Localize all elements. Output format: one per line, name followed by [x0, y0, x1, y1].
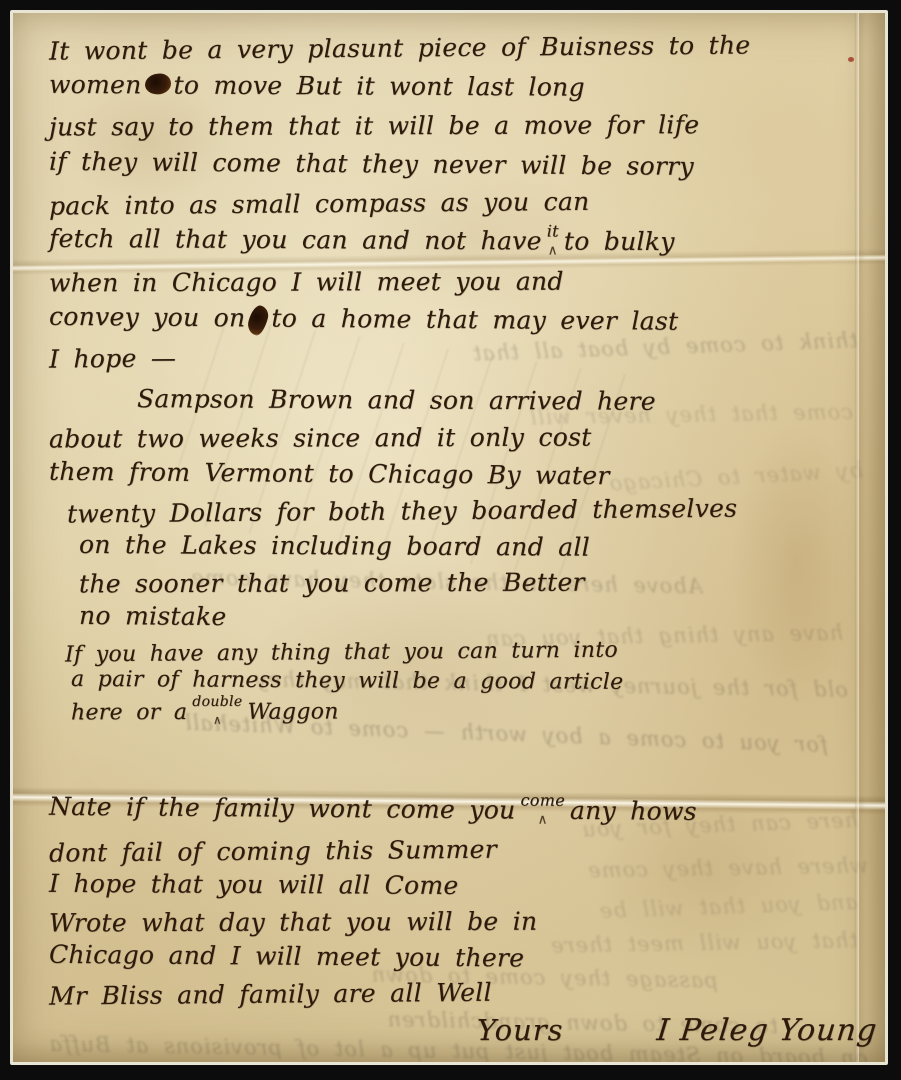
letter-line: when in Chicago I will meet you and [49, 264, 867, 300]
text-run: pack into as small compass as you can [49, 187, 590, 221]
letter-line: here or adoubleWaggon [71, 695, 867, 730]
inserted-word: double [187, 686, 247, 716]
letter-line: I hope — [49, 335, 867, 375]
letter-line: Mr Bliss and family are all Well [49, 972, 867, 1012]
letter-line: pack into as small compass as you can [49, 182, 867, 222]
text-run: to move But it wont last long [173, 71, 584, 102]
letter-line: I hope that you will all Come [49, 866, 867, 903]
text-run: a pair of harness they will be a good ar… [71, 666, 624, 694]
text-run: on the Lakes including board and all [79, 529, 590, 561]
text-run: Wrote what day that you will be in [49, 906, 537, 937]
text-run: any hows [570, 795, 697, 825]
text-run: I hope — [49, 343, 176, 373]
text-run: It wont be a very plasunt piece of Buisn… [49, 30, 751, 65]
closing-word: Yours [477, 1013, 564, 1047]
text-run: women [49, 70, 142, 99]
letter-line: twenty Dollars for both they boarded the… [67, 490, 867, 530]
text-run: them from Vermont to Chicago By water [49, 456, 610, 489]
inserted-word: it [542, 214, 564, 247]
inserted-word: come [515, 783, 570, 816]
letter-line: womento move But it wont last long [49, 68, 867, 105]
ink-blot [145, 73, 171, 94]
text-run: the sooner that you come the Better [79, 567, 585, 598]
text-run: if they will come that they never will b… [49, 147, 694, 181]
signature-name: I Peleg Young [655, 1013, 879, 1048]
text-run: just say to them that it will be a move … [49, 110, 699, 141]
signature-row: Yours I Peleg Young [49, 1013, 867, 1048]
text-run: to bulky [564, 227, 675, 257]
text-run: If you have any thing that you can turn … [65, 637, 618, 667]
letter-line: them from Vermont to Chicago By water [49, 454, 867, 493]
letter-line: Sampson Brown and son arrived here [137, 382, 867, 419]
ink-blot [246, 303, 271, 337]
text-run: to a home that may ever last [271, 304, 678, 336]
letter-line: convey you onto a home that may ever las… [49, 300, 867, 340]
text-run: convey you on [49, 302, 246, 333]
scanned-letter-photo: think to come by boat all that I cancome… [0, 0, 901, 1080]
letter-line: Nate if the family wont come youcomeany … [49, 789, 867, 831]
letter-line: dont fail of coming this Summer [49, 829, 867, 869]
text-run: Waggon [247, 699, 338, 724]
text-run: fetch all that you can and not have [49, 224, 542, 256]
letter-line: the sooner that you come the Better [79, 564, 867, 600]
text-run: dont fail of coming this Summer [49, 834, 497, 867]
letter-page: think to come by boat all that I cancome… [10, 10, 888, 1065]
letter-line: just say to them that it will be a move … [49, 108, 867, 144]
text-run: I hope that you will all Come [49, 868, 459, 899]
letter-line: It wont be a very plasunt piece of Buisn… [49, 27, 867, 67]
letter-line: on the Lakes including board and all [79, 527, 867, 564]
letter-line: Wrote what day that you will be in [49, 903, 867, 939]
text-run: Nate if the family wont come you [49, 791, 516, 824]
letter-line: no mistake [79, 598, 867, 637]
text-run: Mr Bliss and family are all Well [49, 977, 492, 1010]
text-run: here or a [71, 699, 187, 724]
letter-line: fetch all that you can and not haveitto … [49, 222, 867, 262]
text-run: when in Chicago I will meet you and [49, 267, 564, 298]
letter-line: if they will come that they never will b… [49, 145, 867, 184]
letter-body: It wont be a very plasunt piece of Buisn… [49, 25, 867, 1048]
text-run: twenty Dollars for both they boarded the… [67, 493, 738, 528]
letter-line: about two weeks since and it only cost [49, 419, 867, 455]
text-run: Sampson Brown and son arrived here [137, 384, 656, 416]
text-run: no mistake [79, 600, 227, 630]
text-run: Chicago and I will meet you there [49, 939, 525, 972]
letter-line: Chicago and I will meet you there [49, 937, 867, 976]
letter-line: If you have any thing that you can turn … [65, 633, 867, 670]
text-run: about two weeks since and it only cost [49, 422, 592, 453]
